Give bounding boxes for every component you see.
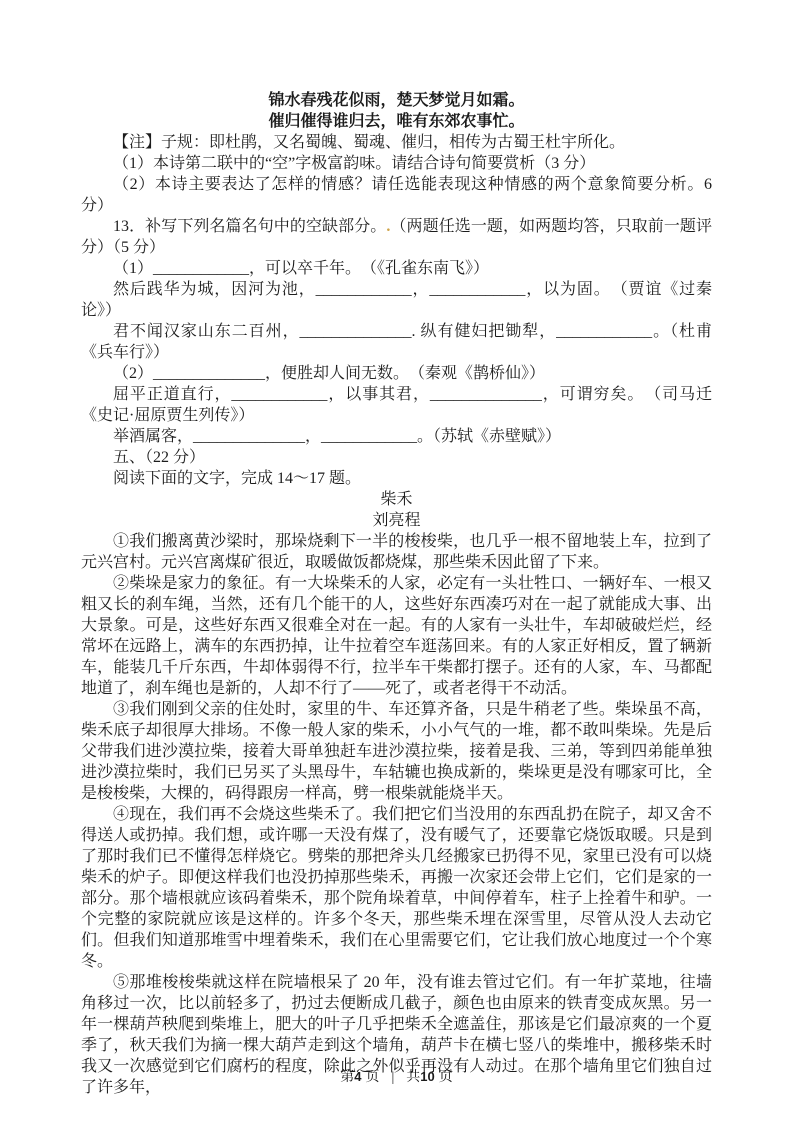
poem-note: 【注】子规：即杜鹃，又名蜀魄、蜀魂、催归，相传为古蜀王杜宇所化。 — [81, 132, 712, 153]
question-13-stem: 13．补写下列名篇名句中的空缺部分。.（两题任选一题，如两题均答，只取前一题评分… — [81, 216, 712, 258]
page-content: 锦水春残花似雨，楚天梦觉月如霜。 催归催得谁归去，唯有东郊农事忙。 【注】子规：… — [81, 90, 712, 1098]
recitation-item: 君不闻汉家山东二百州，______________. 纵有健妇把锄犁，_____… — [81, 321, 712, 363]
reading-instruction: 阅读下面的文字，完成 14～17 题。 — [81, 468, 712, 489]
essay-paragraph-1: ①我们搬离黄沙梁时，那垛烧剩下一半的梭梭柴，也几乎一根不留地装上车，拉到了元兴宫… — [81, 531, 712, 573]
footer-total-prefix: 共 — [406, 1070, 420, 1085]
footer-total-number: 10 — [420, 1069, 434, 1084]
footer-page-unit: 页 — [365, 1070, 379, 1085]
footer-total-unit: 页 — [439, 1070, 453, 1085]
essay-title: 柴禾 — [81, 489, 712, 510]
footer-page-prefix: 第 — [340, 1070, 354, 1085]
question-12-sub2: （2）本诗主要表达了怎样的情感？请任选能表现这种情感的两个意象简要分析。6 分） — [81, 174, 712, 216]
essay-paragraph-4: ④现在，我们再不会烧这些柴禾了。我们把它们当没用的东西乱扔在院子，却又舍不得送人… — [81, 804, 712, 972]
poem-line-1: 锦水春残花似雨，楚天梦觉月如霜。 — [81, 90, 712, 111]
poem-line-2: 催归催得谁归去，唯有东郊农事忙。 — [81, 111, 712, 132]
footer-page-number: 4 — [354, 1069, 361, 1084]
recitation-item: 举酒属客，______________，____________。（苏轼《赤壁赋… — [81, 426, 712, 447]
essay-author: 刘亮程 — [81, 510, 712, 531]
exam-page: 锦水春残花似雨，楚天梦觉月如霜。 催归催得谁归去，唯有东郊农事忙。 【注】子规：… — [0, 0, 793, 1122]
essay-paragraph-2: ②柴垛是家力的象征。有一大垛柴禾的人家，必定有一头壮牲口、一辆好车、一根又粗又长… — [81, 573, 712, 699]
question-12-sub1: （1）本诗第二联中的“空”字极富韵味。请结合诗句简要赏析（3 分） — [81, 153, 712, 174]
essay-paragraph-3: ③我们刚到父亲的住处时，家里的牛、车还算齐备，只是牛稍老了些。柴垛虽不高，柴禾底… — [81, 699, 712, 804]
page-footer: 第4页|共10页 — [0, 1066, 793, 1086]
recitation-item: （2）______________，便胜却人间无数。 （秦观《鹊桥仙》） — [81, 363, 712, 384]
recitation-item: （1）____________，可以卒千年。 （《孔雀东南飞》） — [81, 258, 712, 279]
question-13-stem-text: 13．补写下列名篇名句中的空缺部分。 — [113, 218, 386, 235]
recitation-item: 屈平正道直行，____________，以事其君，______________，… — [81, 384, 712, 426]
footer-separator: | — [391, 1070, 394, 1085]
section-five-heading: 五、（22 分） — [81, 447, 712, 468]
recitation-item: 然后践华为城，因河为池，____________，____________，以为… — [81, 279, 712, 321]
